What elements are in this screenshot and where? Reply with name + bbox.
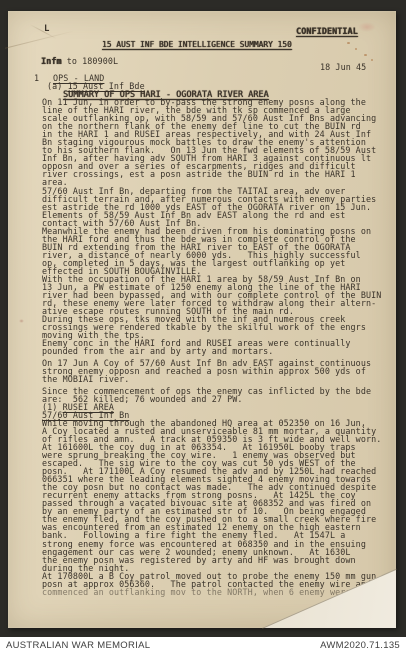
document-title: 15 AUST INF BDE INTELLIGENCE SUMMARY 150 bbox=[102, 41, 292, 49]
document-body: On 11 Jun, in order to by-pass the stron… bbox=[42, 98, 392, 596]
body-paragraph: While moving through the abandoned HQ ar… bbox=[42, 419, 392, 572]
body-paragraph: Enemy conc in the HARI ford and RUSEI ar… bbox=[42, 339, 392, 355]
paper-crease bbox=[5, 30, 75, 48]
archive-footer: AUSTRALIAN WAR MEMORIAL AWM2020.71.135 bbox=[0, 637, 406, 653]
scanned-photo-mat: L CONFIDENTIAL 15 AUST INF BDE INTELLIGE… bbox=[0, 0, 406, 637]
info-line-rest: to 180900L bbox=[62, 56, 119, 66]
body-paragraph: Meanwhile the enemy had been driven from… bbox=[42, 227, 392, 275]
paper-crease bbox=[30, 24, 57, 39]
document-page: L CONFIDENTIAL 15 AUST INF BDE INTELLIGE… bbox=[8, 11, 396, 628]
rust-speck bbox=[355, 48, 357, 50]
archive-accession-number: AWM2020.71.135 bbox=[320, 640, 400, 651]
section-number: 1 bbox=[34, 74, 39, 82]
left-margin-stain bbox=[19, 319, 24, 323]
rust-speck bbox=[364, 54, 367, 56]
body-paragraph: Since the commencement of ops the enemy … bbox=[42, 387, 392, 403]
body-paragraph: On 17 Jun A Coy of 57/60 Aust Inf Bn adv… bbox=[42, 359, 392, 383]
body-paragraph: With the occupation of the HARI 1 area b… bbox=[42, 275, 392, 315]
body-paragraph: During these ops, tks moved with the inf… bbox=[42, 315, 392, 339]
info-line-prefix: Infm bbox=[41, 56, 62, 66]
body-paragraph: 57/60 Aust Inf Bn, departing from the TA… bbox=[42, 187, 392, 227]
rust-speck bbox=[347, 42, 350, 44]
body-paragraph: At 170800L a B Coy patrol moved out to p… bbox=[42, 572, 392, 588]
archive-institution-label: AUSTRALIAN WAR MEMORIAL bbox=[6, 640, 150, 651]
classification-stamp: CONFIDENTIAL bbox=[296, 27, 358, 35]
body-paragraph: On 11 Jun, in order to by-pass the stron… bbox=[42, 98, 392, 187]
document-date: 18 Jun 45 bbox=[320, 63, 366, 71]
pink-stain bbox=[358, 22, 376, 32]
rust-speck bbox=[371, 59, 373, 61]
info-line: Infm to 180900L bbox=[41, 57, 118, 65]
